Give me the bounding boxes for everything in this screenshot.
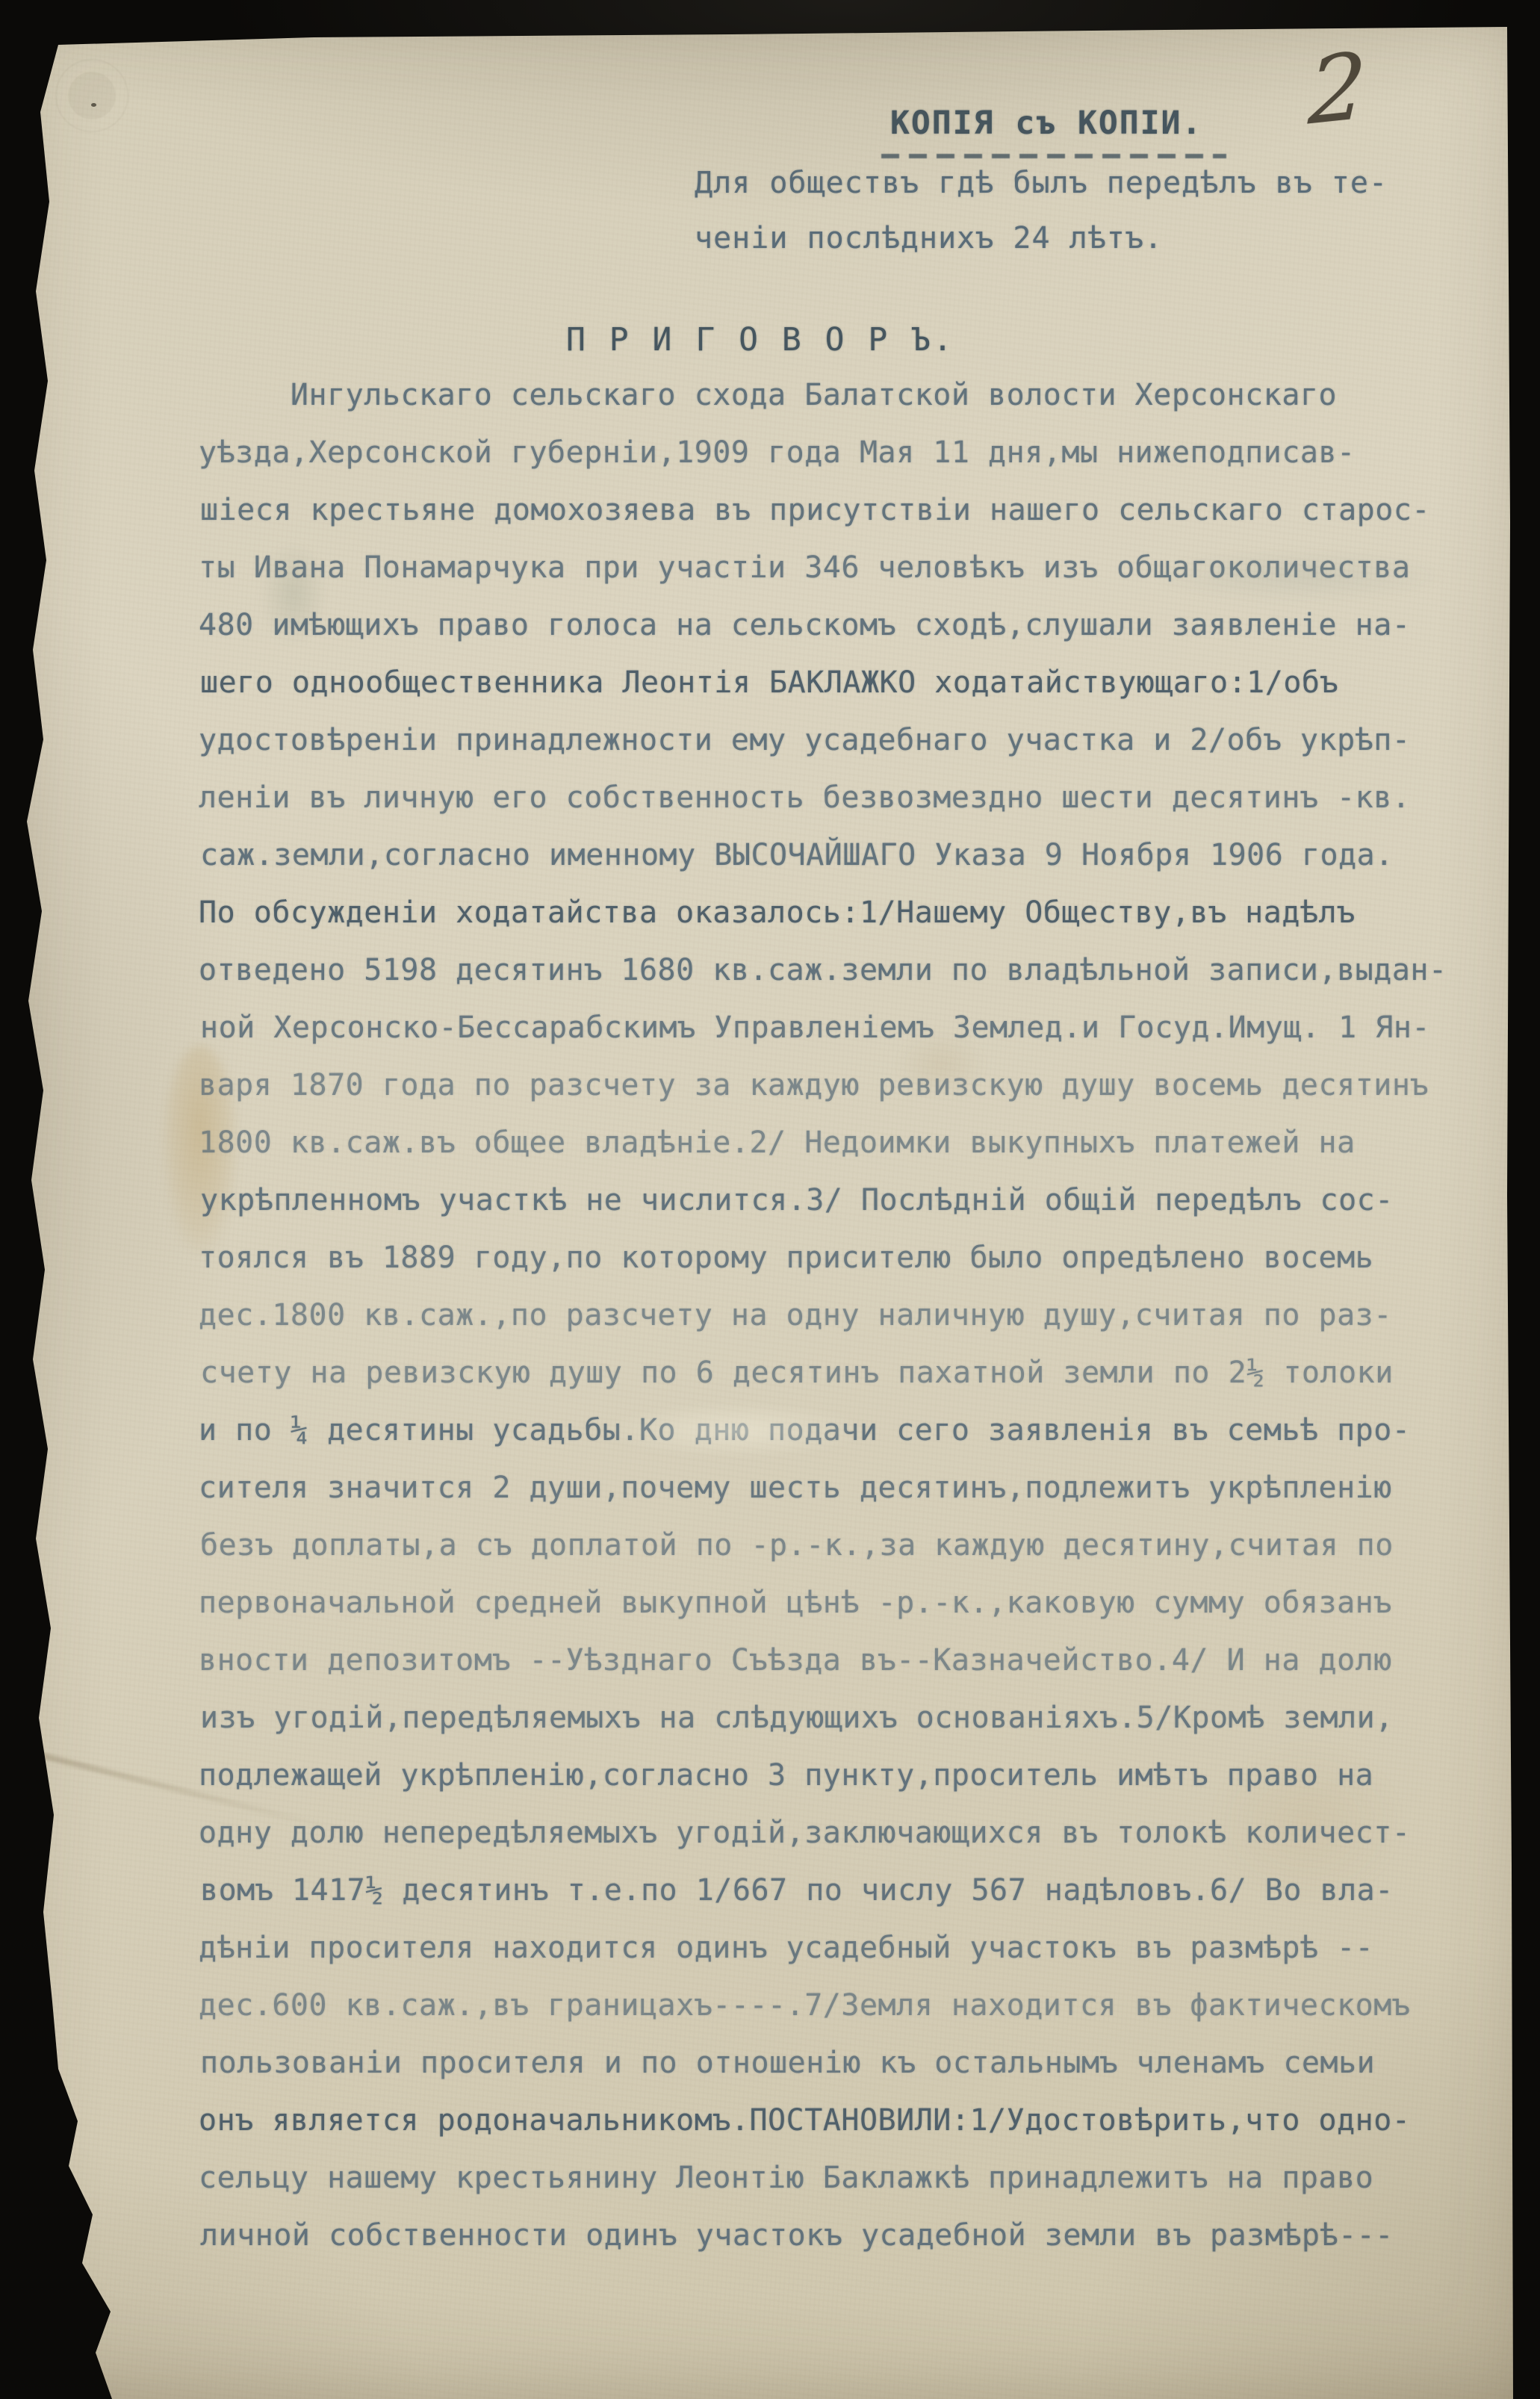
body-line: онъ является родоначальникомъ.ПОСТАНОВИЛ… (199, 2103, 1468, 2161)
body-line: счету на ревизскую душу по 6 десятинъ па… (200, 1356, 1470, 1413)
body-line: личной собственности одинъ участокъ усад… (200, 2218, 1470, 2276)
body-line: вомъ 1417½ десятинъ т.е.по 1/667 по числ… (200, 1873, 1470, 1931)
body-line: 1800 кв.саж.въ общее владѣніе.2/ Недоимк… (199, 1126, 1468, 1183)
copy-label-underline (881, 154, 1226, 158)
body-line: тоялся въ 1889 году,по которому присител… (199, 1241, 1468, 1298)
body-line: ной Херсонско-Бессарабскимъ Управленіемъ… (200, 1011, 1470, 1068)
body-line: укрѣпленномъ участкѣ не числится.3/ Посл… (200, 1183, 1470, 1241)
copy-label: КОПІЯ съ КОПІИ. (890, 105, 1202, 142)
body-line: саж.земли,согласно именному ВЫСОЧАЙШАГО … (200, 838, 1470, 896)
body-line: сителя значится 2 души,почему шесть деся… (199, 1471, 1468, 1528)
body-line: и по ¼ десятины усадьбы.Ко дню подачи се… (199, 1413, 1468, 1471)
body-line: первоначальной средней выкупной цѣнѣ -р.… (199, 1586, 1468, 1643)
page-number-handwritten: 2 (1307, 32, 1368, 145)
body-line: дес.1800 кв.саж.,по разсчету на одну нал… (199, 1298, 1468, 1356)
body-line: По обсужденіи ходатайства оказалось:1/На… (199, 896, 1468, 953)
body-line: шего однообщественника Леонтія БАКЛАЖКО … (200, 665, 1470, 723)
body-line: Ингульскаго сельскаго схода Балатской во… (199, 378, 1468, 435)
body-line: вности депозитомъ --Уѣзднаго Съѣзда въ--… (199, 1643, 1468, 1701)
body-line: безъ доплаты,а съ доплатой по -р.-к.,за … (200, 1528, 1470, 1586)
body-line: уѣзда,Херсонской губерніи,1909 года Мая … (199, 435, 1468, 493)
body-line: шіеся крестьяне домохозяева въ присутств… (200, 493, 1470, 550)
body-line: изъ угодій,передѣляемыхъ на слѣдующихъ о… (200, 1701, 1470, 1758)
body-line: леніи въ личную его собственность безвоз… (199, 780, 1468, 838)
scan-surface: 2 КОПІЯ съ КОПІИ. Для обществъ гдѣ былъ … (0, 0, 1540, 2399)
document-body: Ингульскаго сельскаго схода Балатской во… (199, 378, 1468, 2276)
body-line: дес.600 кв.саж.,въ границахъ----.7/Земля… (199, 1988, 1468, 2046)
document-page: 2 КОПІЯ съ КОПІИ. Для обществъ гдѣ былъ … (0, 0, 1540, 2399)
body-line: подлежащей укрѣпленію,согласно 3 пункту,… (199, 1758, 1468, 1816)
body-line: пользованіи просителя и по отношенію къ … (200, 2046, 1470, 2103)
body-line: отведено 5198 десятинъ 1680 кв.саж.земли… (199, 953, 1468, 1011)
body-line: варя 1870 года по разсчету за каждую рев… (199, 1068, 1468, 1126)
body-line: удостовѣреніи принадлежности ему усадебн… (199, 723, 1468, 780)
header-note-line2: ченіи послѣднихъ 24 лѣтъ. (695, 221, 1163, 255)
body-line: одну долю непередѣляемыхъ угодій,заключа… (199, 1816, 1468, 1873)
body-line: дѣніи просителя находится одинъ усадебны… (199, 1931, 1468, 1988)
document-title: П Р И Г О В О Р Ъ. (566, 321, 954, 359)
header-note-line1: Для обществъ гдѣ былъ передѣлъ въ те- (695, 166, 1388, 200)
body-line: сельцу нашему крестьянину Леонтію Баклаж… (199, 2161, 1468, 2218)
body-line: 480 имѣющихъ право голоса на сельскомъ с… (199, 608, 1468, 665)
body-line: ты Ивана Понамарчука при участіи 346 чел… (199, 550, 1468, 608)
embossed-watermark (36, 43, 148, 148)
paper-speck (91, 103, 96, 107)
